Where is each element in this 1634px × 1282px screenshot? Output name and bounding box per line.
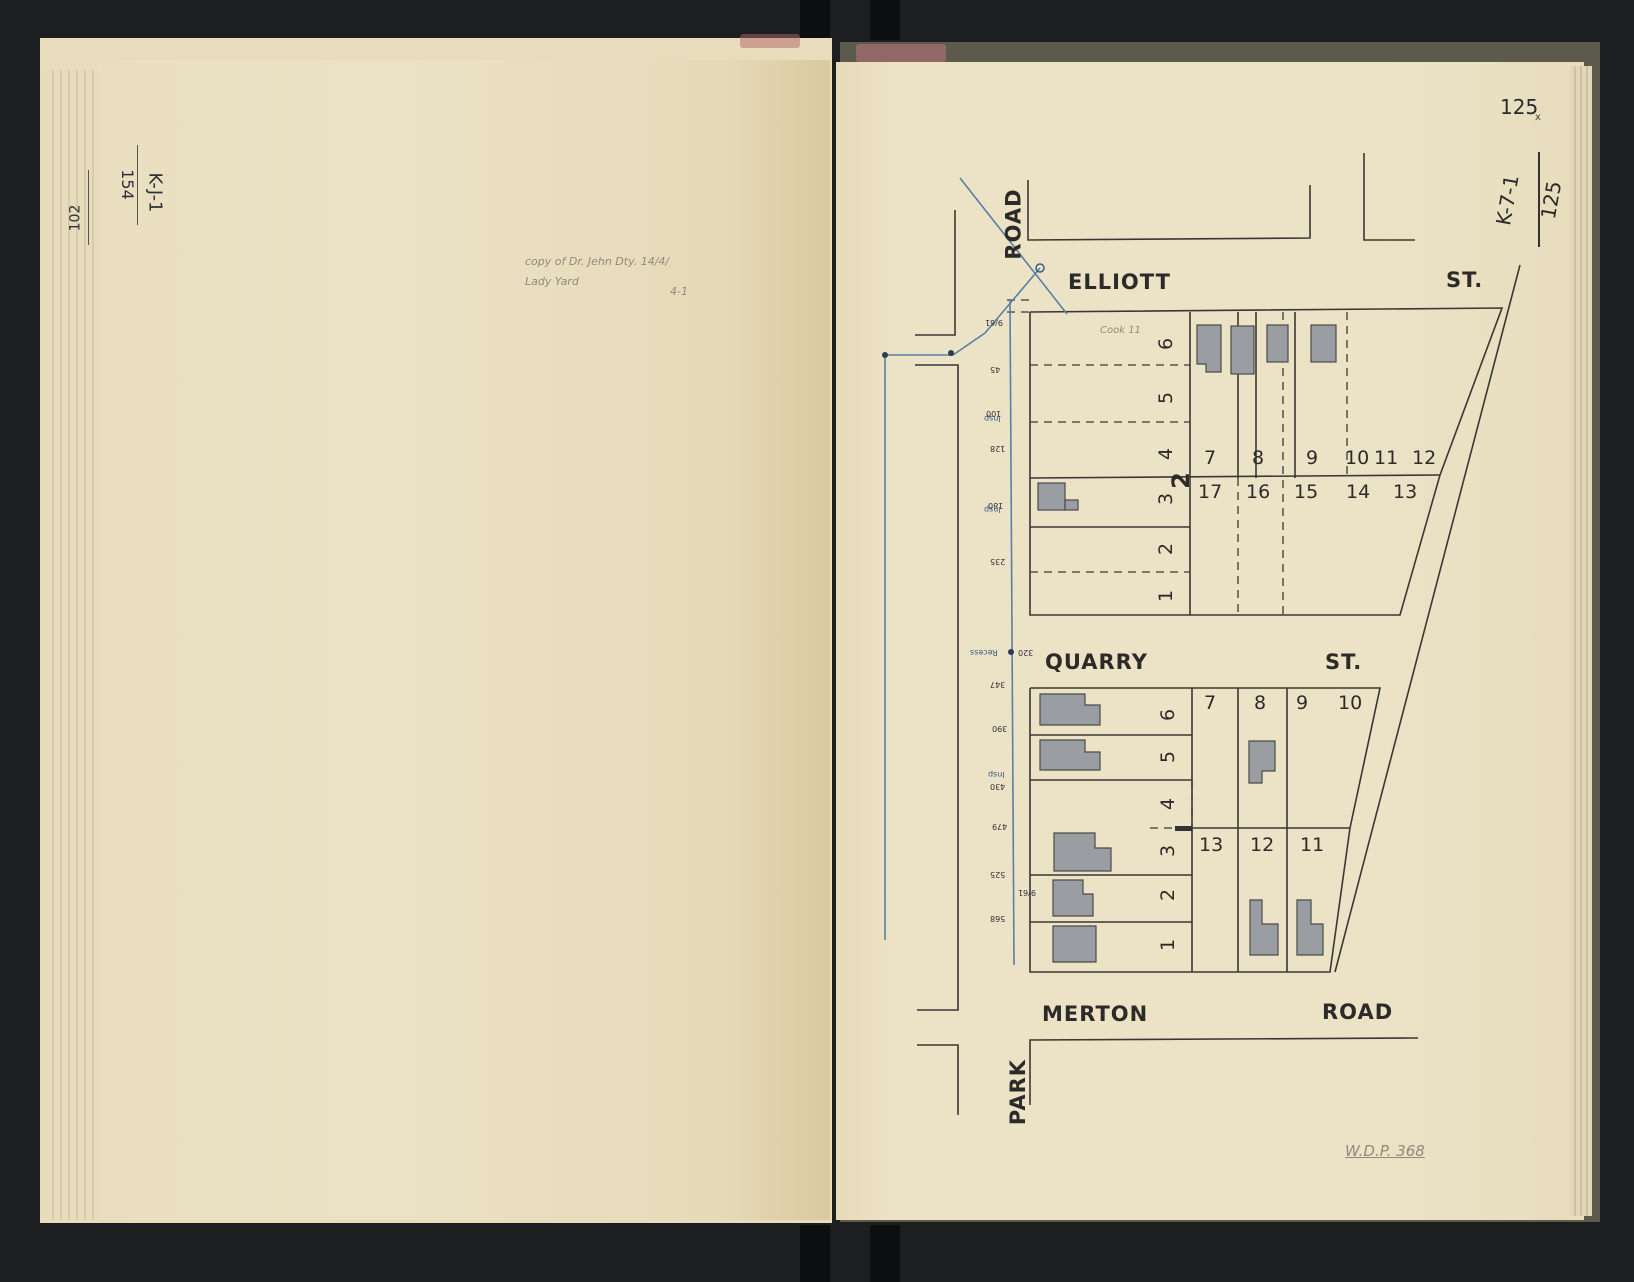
- chainage-note: Recess: [970, 648, 998, 657]
- street-label-quarry: QUARRY: [1045, 650, 1148, 674]
- lot-upper-north-12: 12: [1412, 447, 1436, 469]
- chainage-mark: 479: [992, 822, 1007, 831]
- lot-upper-south-14: 14: [1346, 481, 1370, 503]
- street-label-merton: MERTON: [1042, 1002, 1148, 1026]
- chainage-mark: 320: [1018, 648, 1033, 657]
- north-parcel-outline: [1028, 180, 1310, 240]
- lot-upper-south-13: 13: [1393, 481, 1417, 503]
- lot-lower-north-10: 10: [1338, 692, 1362, 714]
- lot-lower-north-8: 8: [1254, 692, 1266, 714]
- chainage-note: Insp: [984, 505, 1001, 514]
- pencil-map-note: Cook 11: [1100, 325, 1141, 336]
- section-number: 2: [1167, 471, 1195, 489]
- lot-lower-west-2: 2: [1157, 889, 1179, 901]
- upper-block-midline: [1030, 475, 1440, 478]
- blue-survey-lines: [885, 178, 1067, 965]
- lot-upper-south-16: 16: [1246, 481, 1270, 503]
- lot-upper-west-4: 4: [1155, 448, 1177, 460]
- survey-points: [882, 264, 1044, 655]
- lot-upper-west-6: 6: [1155, 338, 1177, 350]
- lot-lower-south-13: 13: [1199, 834, 1223, 856]
- lot-lower-west-4: 4: [1157, 798, 1179, 810]
- lot-lower-west-1: 1: [1157, 939, 1179, 951]
- merton-road-south-edge: [1030, 1038, 1418, 1105]
- diagonal-boundary: [1335, 265, 1520, 972]
- chainage-mark: 9/61: [985, 318, 1003, 327]
- street-label-elliott-st: ST.: [1446, 268, 1483, 292]
- lot-upper-north-11: 11: [1374, 447, 1398, 469]
- street-label-elliott: ELLIOTT: [1068, 270, 1171, 294]
- chainage-mark: 45: [990, 365, 1000, 374]
- chainage-note: Insp: [988, 770, 1005, 779]
- chainage-mark: 525: [990, 870, 1005, 879]
- lot-upper-south-17: 17: [1198, 481, 1222, 503]
- lot-lower-west-6: 6: [1157, 709, 1179, 721]
- park-road-west-upper: [915, 210, 955, 335]
- lot-lower-west-5: 5: [1157, 751, 1179, 763]
- chainage-mark: 9/61: [1018, 888, 1036, 897]
- lot-lower-north-9: 9: [1296, 692, 1308, 714]
- chainage-mark: 128: [990, 444, 1005, 453]
- lot-upper-north-8: 8: [1252, 447, 1264, 469]
- chainage-mark: 390: [992, 724, 1007, 733]
- street-label-road-north: ROAD: [1002, 188, 1026, 259]
- chainage-mark: 235: [990, 557, 1005, 566]
- street-label-merton-road: ROAD: [1322, 1000, 1393, 1024]
- lot-upper-west-5: 5: [1155, 392, 1177, 404]
- lot-upper-north-10: 10: [1345, 447, 1369, 469]
- chainage-note: Insp: [984, 414, 1001, 423]
- chainage-mark: 347: [990, 680, 1005, 689]
- lot-lower-north-7: 7: [1204, 692, 1216, 714]
- lot-upper-south-15: 15: [1294, 481, 1318, 503]
- street-label-quarry-st: ST.: [1325, 650, 1362, 674]
- lot-upper-west-3: 3: [1155, 493, 1177, 505]
- lot-lower-south-12: 12: [1250, 834, 1274, 856]
- chainage-mark: 430: [990, 782, 1005, 791]
- buildings: [1038, 325, 1336, 962]
- lot-lower-south-11: 11: [1300, 834, 1324, 856]
- survey-map: [0, 0, 1634, 1282]
- park-road-west-lower: [917, 1045, 958, 1115]
- lot-upper-west-1: 1: [1155, 590, 1177, 602]
- lot-lower-west-3: 3: [1157, 845, 1179, 857]
- chainage-mark: 568: [990, 914, 1005, 923]
- street-label-park: PARK: [1006, 1059, 1030, 1125]
- north-parcel-outline-right: [1364, 153, 1415, 240]
- lot-upper-north-7: 7: [1204, 447, 1216, 469]
- lot-upper-west-2: 2: [1155, 543, 1177, 555]
- park-road-west-middle: [915, 365, 958, 1010]
- lot-upper-north-9: 9: [1306, 447, 1318, 469]
